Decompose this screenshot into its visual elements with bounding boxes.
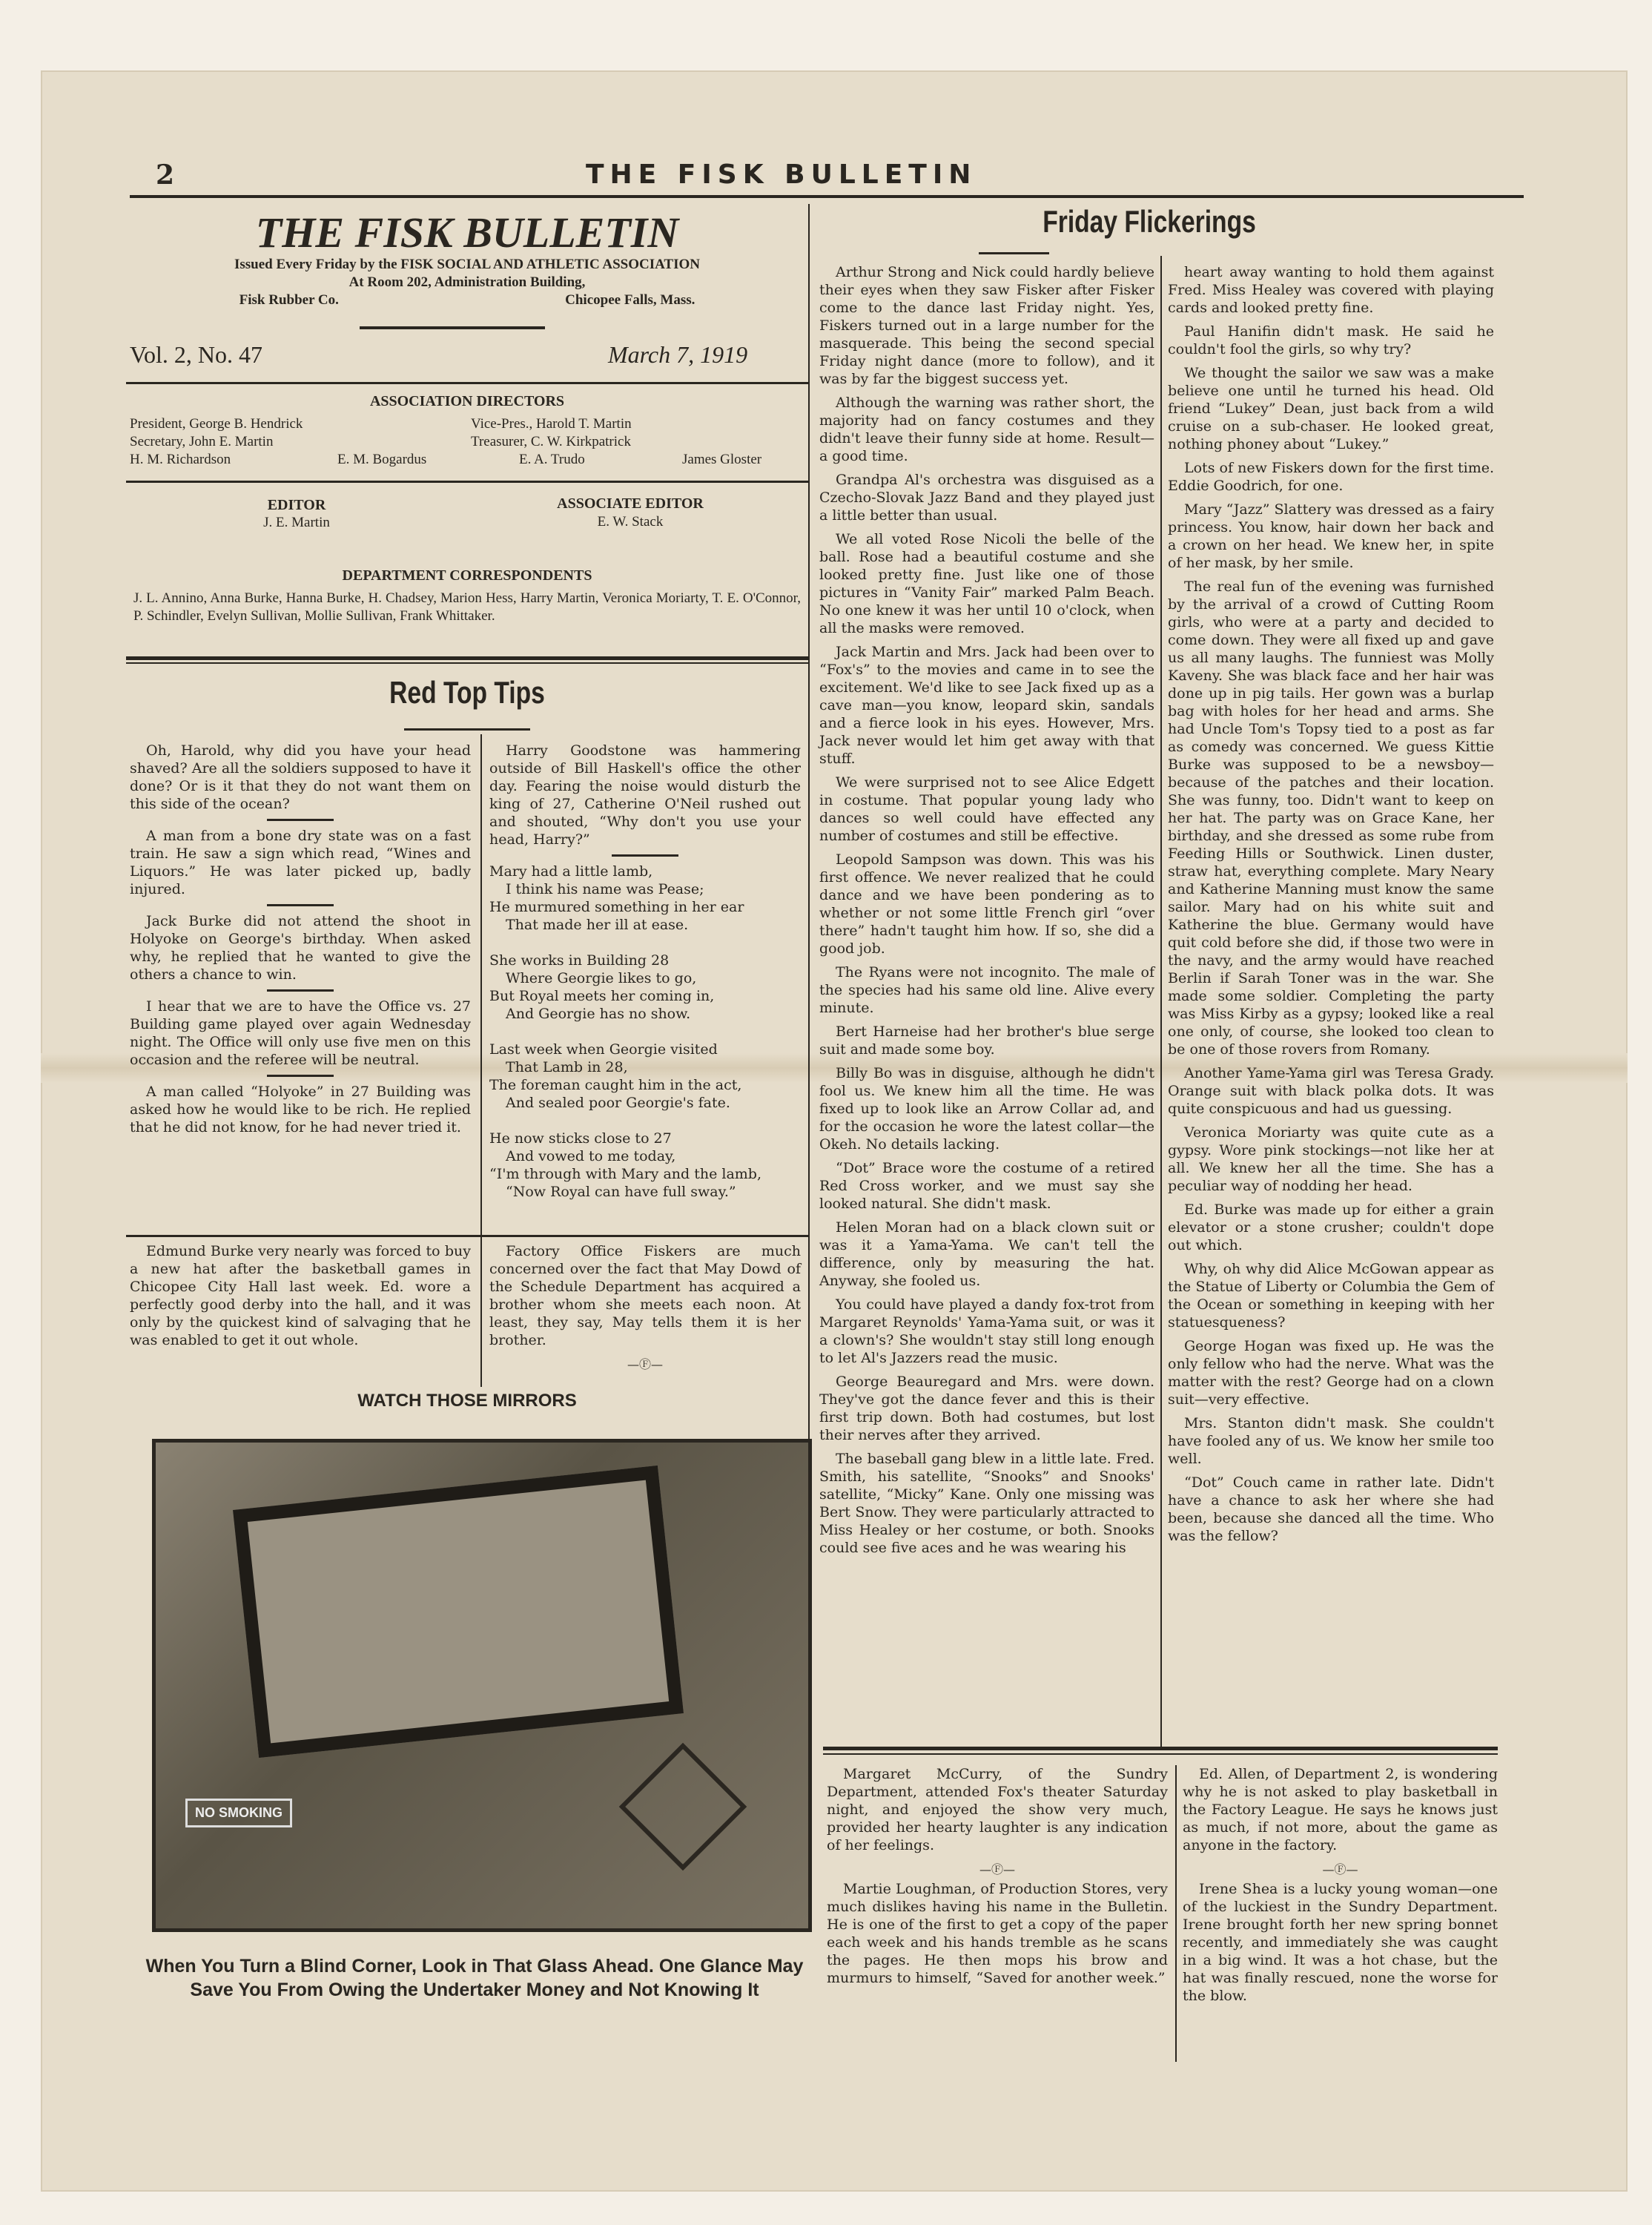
article-paragraph: Martie Loughman, of Production Stores, v… <box>827 1880 1168 1987</box>
poem-line: Where Georgie likes to go, <box>489 969 801 987</box>
president: President, George B. Hendrick <box>130 415 303 433</box>
article-paragraph: A man called “Holyoke” in 27 Building wa… <box>130 1083 471 1136</box>
issue-date: March 7, 1919 <box>608 341 747 369</box>
article-paragraph: Billy Bo was in disguise, although he di… <box>819 1064 1154 1153</box>
f-separator-icon: —Ⓕ— <box>1183 1860 1498 1877</box>
article-paragraph: George Beauregard and Mrs. were down. Th… <box>819 1373 1154 1444</box>
company-name: Fisk Rubber Co. <box>239 291 339 309</box>
poem-line: He now sticks close to 27 <box>489 1130 801 1147</box>
rule <box>126 382 808 384</box>
poem-line <box>489 934 801 952</box>
editor-name: J. E. Martin <box>222 514 371 532</box>
f-separator-icon: —Ⓕ— <box>827 1860 1168 1877</box>
title-rule <box>979 252 1049 254</box>
dowd-brother-item: Factory Office Fiskers are much concerne… <box>489 1242 801 1375</box>
column-divider <box>1160 256 1162 1747</box>
director-member: James Gloster <box>682 451 761 469</box>
poem-line: She works in Building 28 <box>489 952 801 969</box>
article-paragraph: Leopold Sampson was down. This was his f… <box>819 851 1154 957</box>
poem-line: He murmured something in her ear <box>489 898 801 916</box>
poem: Mary had a little lamb,I think his name … <box>489 863 801 1201</box>
article-paragraph: Margaret McCurry, of the Sundry Departme… <box>827 1765 1168 1854</box>
article-paragraph: We thought the sailor we saw was a make … <box>1168 364 1494 453</box>
rule <box>126 481 808 483</box>
article-paragraph: Irene Shea is a lucky young woman—one of… <box>1183 1880 1498 2005</box>
vice-president: Vice-Pres., Harold T. Martin <box>471 415 632 433</box>
masthead-info: Issued Every Friday by the FISK SOCIAL A… <box>126 256 808 309</box>
article-paragraph: Arthur Strong and Nick could hardly beli… <box>819 263 1154 388</box>
city-name: Chicopee Falls, Mass. <box>565 291 695 309</box>
column-divider <box>480 734 482 1387</box>
poem-line: “Now Royal can have full sway.” <box>489 1183 801 1201</box>
article-paragraph: You could have played a dandy fox-trot f… <box>819 1296 1154 1367</box>
red-top-tips-column-1: Oh, Harold, why did you have your head s… <box>130 742 471 1142</box>
friday-flickerings-column-1: Arthur Strong and Nick could hardly beli… <box>819 263 1154 1563</box>
article-paragraph: I hear that we are to have the Office vs… <box>130 998 471 1069</box>
article-paragraph: Ed. Burke was made up for either a grain… <box>1168 1201 1494 1254</box>
poem-line: Last week when Georgie visited <box>489 1041 801 1058</box>
correspondents-heading: DEPARTMENT CORRESPONDENTS <box>126 567 808 584</box>
masthead-short-rule <box>360 326 545 329</box>
volume-number: Vol. 2, No. 47 <box>130 341 262 369</box>
article-paragraph: George Hogan was fixed up. He was the on… <box>1168 1337 1494 1408</box>
separator <box>267 819 334 821</box>
article-paragraph: We were surprised not to see Alice Edget… <box>819 774 1154 845</box>
mirror-photo: NO SMOKING <box>152 1439 812 1932</box>
treasurer: Treasurer, C. W. Kirkpatrick <box>471 433 631 451</box>
bottom-items-right: Ed. Allen, of Department 2, is wondering… <box>1183 1765 1498 2011</box>
page-number: 2 <box>156 159 174 191</box>
article-paragraph: Paul Hanifin didn't mask. He said he cou… <box>1168 323 1494 358</box>
article-paragraph: Mary “Jazz” Slattery was dressed as a fa… <box>1168 501 1494 572</box>
friday-flickerings-title: Friday Flickerings <box>882 204 1416 240</box>
separator <box>267 904 334 906</box>
poem-line: And Georgie has no show. <box>489 1005 801 1023</box>
secretary: Secretary, John E. Martin <box>130 433 273 451</box>
poem-line: The foreman caught him in the act, <box>489 1076 801 1094</box>
poem-line: I think his name was Pease; <box>489 880 801 898</box>
photo-caption: When You Turn a Blind Corner, Look in Th… <box>141 1954 808 2002</box>
associate-editor-label: ASSOCIATE EDITOR <box>534 495 727 512</box>
red-top-tips-title: Red Top Tips <box>194 675 740 711</box>
article-paragraph: Oh, Harold, why did you have your head s… <box>130 742 471 813</box>
article-paragraph: “Dot” Couch came in rather late. Didn't … <box>1168 1474 1494 1545</box>
article-paragraph: Grandpa Al's orchestra was disguised as … <box>819 471 1154 524</box>
article-paragraph: We all voted Rose Nicoli the belle of th… <box>819 530 1154 637</box>
bottom-items-left: Margaret McCurry, of the Sundry Departme… <box>827 1765 1168 1993</box>
double-rule <box>823 1747 1498 1750</box>
article-paragraph: The Ryans were not incognito. The male o… <box>819 963 1154 1017</box>
separator <box>267 1075 334 1077</box>
goodstone-item: Harry Goodstone was hammering outside of… <box>489 742 801 848</box>
room-line: At Room 202, Administration Building, <box>126 274 808 291</box>
article-paragraph: A man from a bone dry state was on a fas… <box>130 827 471 898</box>
poem-line: Mary had a little lamb, <box>489 863 801 880</box>
poem-line: And sealed poor Georgie's fate. <box>489 1094 801 1112</box>
masthead-title: THE FISK BULLETIN <box>126 208 808 257</box>
title-rule <box>404 728 530 731</box>
issued-line: Issued Every Friday by the FISK SOCIAL A… <box>126 256 808 274</box>
director-member: E. A. Trudo <box>519 451 585 469</box>
friday-flickerings-column-2: heart away wanting to hold them against … <box>1168 263 1494 1551</box>
article-paragraph: Veronica Moriarty was quite cute as a gy… <box>1168 1124 1494 1195</box>
poem-line: That made her ill at ease. <box>489 916 801 934</box>
article-paragraph: Another Yame-Yama girl was Teresa Grady.… <box>1168 1064 1494 1118</box>
article-paragraph: The real fun of the evening was furnishe… <box>1168 578 1494 1058</box>
double-rule <box>126 656 808 660</box>
article-paragraph: Lots of new Fiskers down for the first t… <box>1168 459 1494 495</box>
article-paragraph: Although the warning was rather short, t… <box>819 394 1154 465</box>
poem-line <box>489 1112 801 1130</box>
director-member: E. M. Bogardus <box>337 451 426 469</box>
no-smoking-sign: NO SMOKING <box>185 1799 292 1827</box>
directors-heading: ASSOCIATION DIRECTORS <box>126 393 808 410</box>
article-paragraph: Jack Martin and Mrs. Jack had been over … <box>819 643 1154 768</box>
poem-line <box>489 1023 801 1041</box>
running-title: THE FISK BULLETIN <box>586 159 977 190</box>
article-paragraph: “Dot” Brace wore the costume of a retire… <box>819 1159 1154 1213</box>
photo-heading: WATCH THOSE MIRRORS <box>126 1391 808 1411</box>
poem-line: “I'm through with Mary and the lamb, <box>489 1165 801 1183</box>
associate-editor-name: E. W. Stack <box>534 513 727 531</box>
mirror-image <box>233 1466 684 1758</box>
red-top-tips-column-2: Harry Goodstone was hammering outside of… <box>489 742 801 1201</box>
column-divider <box>1175 1765 1177 2062</box>
poem-line: That Lamb in 28, <box>489 1058 801 1076</box>
director-member: H. M. Richardson <box>130 451 231 469</box>
double-rule <box>126 662 808 664</box>
separator <box>612 854 678 857</box>
item-text: Factory Office Fiskers are much concerne… <box>489 1242 801 1349</box>
rule <box>126 1235 808 1237</box>
double-rule <box>823 1753 1498 1755</box>
diamond-logo-icon <box>619 1743 747 1871</box>
article-paragraph: Helen Moran had on a black clown suit or… <box>819 1219 1154 1290</box>
article-paragraph: heart away wanting to hold them against … <box>1168 263 1494 317</box>
burke-hat-item: Edmund Burke very nearly was forced to b… <box>130 1242 471 1355</box>
article-paragraph: Jack Burke did not attend the shoot in H… <box>130 912 471 983</box>
article-paragraph: Why, oh why did Alice McGowan appear as … <box>1168 1260 1494 1331</box>
separator <box>267 989 334 992</box>
correspondents-names: J. L. Annino, Anna Burke, Hanna Burke, H… <box>133 590 801 625</box>
article-paragraph: Ed. Allen, of Department 2, is wondering… <box>1183 1765 1498 1854</box>
poem-line: But Royal meets her coming in, <box>489 987 801 1005</box>
editor-label: EDITOR <box>222 497 371 514</box>
poem-line: And vowed to me today, <box>489 1147 801 1165</box>
f-separator-icon: —Ⓕ— <box>489 1355 801 1372</box>
item-text: Edmund Burke very nearly was forced to b… <box>130 1242 471 1349</box>
article-paragraph: Bert Harneise had her brother's blue ser… <box>819 1023 1154 1058</box>
article-paragraph: The baseball gang blew in a little late.… <box>819 1450 1154 1557</box>
header-rule <box>130 195 1524 198</box>
article-paragraph: Mrs. Stanton didn't mask. She couldn't h… <box>1168 1414 1494 1468</box>
